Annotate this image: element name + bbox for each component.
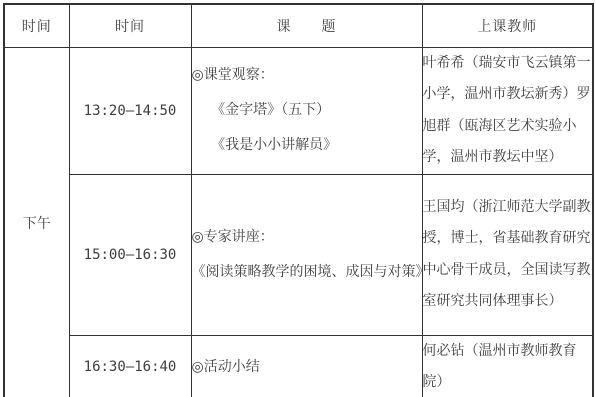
topic-cell: ◎课堂观察： 《金字塔》（五下） 《我是小小讲解员》 [191, 47, 422, 174]
table-row: 下午 13:20–14:50 ◎课堂观察： 《金字塔》（五下） 《我是小小讲解员… [4, 47, 593, 174]
topic-line: ◎专家讲座： [192, 220, 422, 255]
table-header-row: 时间 时间 课 题 上课教师 [4, 4, 593, 47]
header-cell-time: 时间 [69, 4, 191, 47]
teacher-cell: 叶希希（瑞安市飞云镇第一小学，温州市教坛新秀）罗旭群（瓯海区艺术实验小学，温州市… [422, 47, 593, 174]
time-cell: 13:20–14:50 [69, 47, 191, 174]
session-cell: 下午 [4, 47, 69, 397]
teacher-cell: 何必钻（温州市教师教育院） [422, 335, 593, 397]
teacher-cell: 王国均（浙江师范大学副教授，博士，省基础教育研究中心骨干成员，全国读写教室研究共… [422, 174, 593, 335]
header-cell-teacher: 上课教师 [422, 4, 593, 47]
topic-line: 《我是小小讲解员》 [192, 128, 422, 163]
time-cell: 15:00–16:30 [69, 174, 191, 335]
topic-line: 《阅读策略教学的困境、成因与对策》 [192, 255, 422, 290]
schedule-table: 时间 时间 课 题 上课教师 下午 13:20–14:50 ◎课堂观察： 《金字… [3, 3, 594, 397]
topic-line: ◎课堂观察： [192, 58, 422, 93]
table-row: 16:30–16:40 ◎活动小结 何必钻（温州市教师教育院） [4, 335, 593, 397]
topic-cell: ◎活动小结 [191, 335, 422, 397]
time-cell: 16:30–16:40 [69, 335, 191, 397]
topic-cell: ◎专家讲座： 《阅读策略教学的困境、成因与对策》 [191, 174, 422, 335]
topic-line: ◎活动小结 [192, 350, 422, 385]
table-row: 15:00–16:30 ◎专家讲座： 《阅读策略教学的困境、成因与对策》 王国均… [4, 174, 593, 335]
header-cell-topic: 课 题 [191, 4, 422, 47]
header-cell-session-time: 时间 [4, 4, 69, 47]
topic-line: 《金字塔》（五下） [192, 93, 422, 128]
